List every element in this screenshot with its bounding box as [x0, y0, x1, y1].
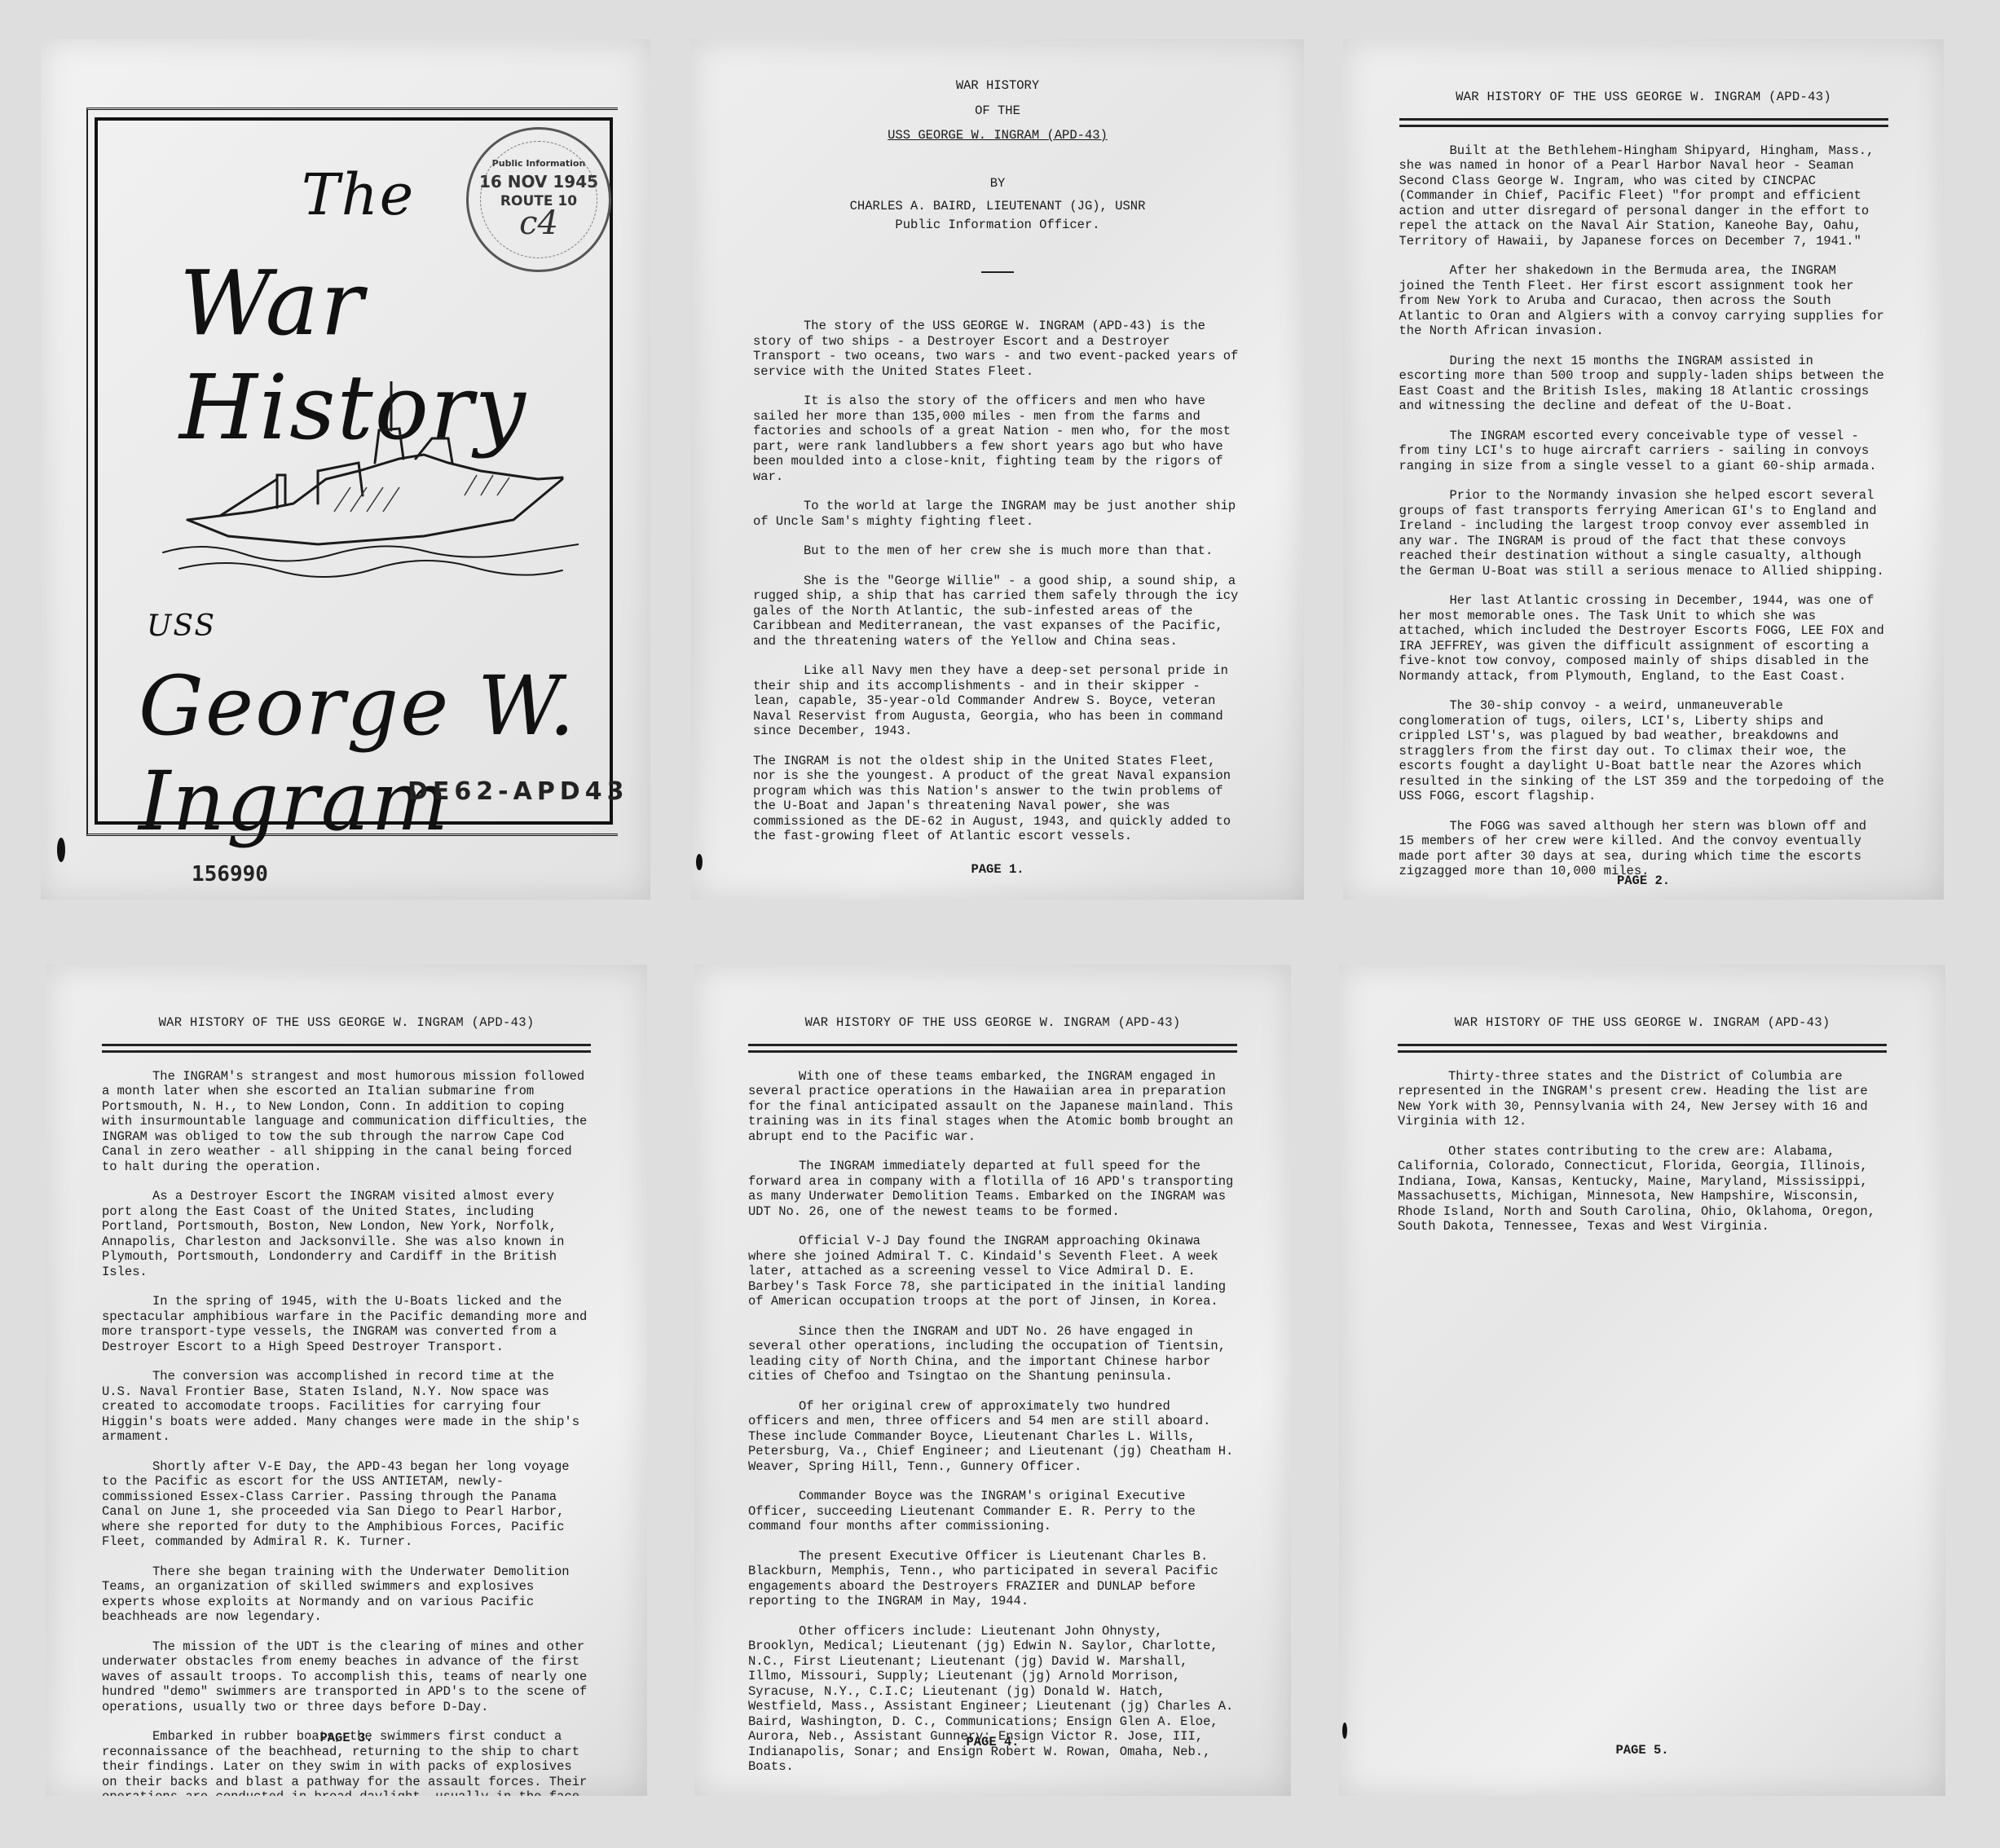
page-4: WAR HISTORY OF THE USS GEORGE W. INGRAM …	[694, 965, 1291, 1796]
binding-hole	[696, 854, 703, 870]
title-line-3: USS GEORGE W. INGRAM (APD-43)	[691, 128, 1304, 143]
running-header: WAR HISTORY OF THE USS GEORGE W. INGRAM …	[1339, 1015, 1945, 1031]
paragraph: The present Executive Officer is Lieuten…	[748, 1549, 1237, 1609]
title-line-2: OF THE	[691, 103, 1304, 119]
paragraph: As a Destroyer Escort the INGRAM visited…	[102, 1189, 591, 1279]
ship-sketch-icon	[155, 381, 579, 585]
paragraph: The conversion was accomplished in recor…	[102, 1369, 591, 1445]
stamp-handwritten-mark: c4	[519, 205, 558, 242]
cover-page: The War History USS George W. Ingram DE6…	[41, 39, 650, 900]
paragraph: Her last Atlantic crossing in December, …	[1399, 593, 1888, 684]
page-number: PAGE 2.	[1343, 873, 1944, 889]
title-line-1: WAR HISTORY	[691, 78, 1304, 94]
paragraph: Prior to the Normandy invasion she helpe…	[1399, 488, 1888, 579]
byline-label: BY	[691, 176, 1304, 191]
paragraph: It is also the story of the officers and…	[753, 394, 1242, 484]
stamp-route: ROUTE 10	[500, 193, 577, 209]
header-rule	[1399, 118, 1888, 127]
paragraph: She is the "George Willie" - a good ship…	[753, 574, 1242, 649]
header-rule	[102, 1044, 591, 1053]
page-number: PAGE 5.	[1339, 1743, 1945, 1758]
author-role: Public Information Officer.	[691, 218, 1304, 233]
header-rule	[748, 1044, 1237, 1053]
running-header: WAR HISTORY OF THE USS GEORGE W. INGRAM …	[694, 1015, 1291, 1031]
separator-dash	[981, 271, 1014, 273]
page-1: WAR HISTORY OF THE USS GEORGE W. INGRAM …	[691, 39, 1304, 900]
paragraph: Of her original crew of approximately tw…	[748, 1399, 1237, 1475]
page-number: PAGE 1.	[691, 862, 1304, 878]
paragraph: Like all Navy men they have a deep-set p…	[753, 663, 1242, 739]
paragraph: After her shakedown in the Bermuda area,…	[1399, 263, 1888, 339]
page-4-body: With one of these teams embarked, the IN…	[748, 1069, 1237, 1775]
paragraph: Other states contributing to the crew ar…	[1398, 1144, 1887, 1234]
page-5-body: Thirty-three states and the District of …	[1398, 1069, 1887, 1234]
received-stamp: Public Information 16 NOV 1945 ROUTE 10 …	[466, 127, 611, 272]
binding-hole	[57, 838, 65, 862]
paragraph: Since then the INGRAM and UDT No. 26 hav…	[748, 1324, 1237, 1384]
page-2-body: Built at the Bethlehem-Hingham Shipyard,…	[1399, 143, 1888, 879]
paragraph: Commander Boyce was the INGRAM's origina…	[748, 1489, 1237, 1534]
paragraph: In the spring of 1945, with the U-Boats …	[102, 1294, 591, 1354]
paragraph: Thirty-three states and the District of …	[1398, 1069, 1887, 1129]
page-3-body: The INGRAM's strangest and most humorous…	[102, 1069, 591, 1797]
paragraph: The INGRAM immediately departed at full …	[748, 1159, 1237, 1219]
paragraph: The story of the USS GEORGE W. INGRAM (A…	[753, 319, 1242, 379]
page-2: WAR HISTORY OF THE USS GEORGE W. INGRAM …	[1343, 39, 1944, 900]
paragraph: Shortly after V-E Day, the APD-43 began …	[102, 1459, 591, 1550]
paragraph: Built at the Bethlehem-Hingham Shipyard,…	[1399, 143, 1888, 249]
stamp-date: 16 NOV 1945	[479, 172, 598, 191]
paragraph: The FOGG was saved although her stern wa…	[1399, 819, 1888, 879]
paragraph: The INGRAM's strangest and most humorous…	[102, 1069, 591, 1175]
paragraph: The INGRAM escorted every conceivable ty…	[1399, 429, 1888, 474]
paragraph: The INGRAM is not the oldest ship in the…	[753, 754, 1242, 844]
cover-hull-numbers: DE62-APD43	[407, 777, 628, 806]
page-5: WAR HISTORY OF THE USS GEORGE W. INGRAM …	[1339, 965, 1945, 1796]
binding-hole	[1342, 1723, 1347, 1739]
page-number: PAGE 3.	[46, 1731, 647, 1746]
stamp-office: Public Information	[492, 158, 586, 169]
page-3: WAR HISTORY OF THE USS GEORGE W. INGRAM …	[46, 965, 647, 1796]
catalog-number: 156990	[192, 862, 268, 887]
author-name: CHARLES A. BAIRD, LIEUTENANT (JG), USNR	[691, 199, 1304, 214]
paragraph: During the next 15 months the INGRAM ass…	[1399, 354, 1888, 414]
cover-ship-name: George W. Ingram	[139, 658, 650, 849]
paragraph: To the world at large the INGRAM may be …	[753, 499, 1242, 529]
cover-ship-prefix: USS	[147, 609, 216, 643]
running-header: WAR HISTORY OF THE USS GEORGE W. INGRAM …	[1343, 90, 1944, 105]
page-1-body: The story of the USS GEORGE W. INGRAM (A…	[753, 319, 1242, 844]
page-number: PAGE 4.	[694, 1735, 1291, 1750]
paragraph: Other officers include: Lieutenant John …	[748, 1624, 1237, 1775]
paragraph: The mission of the UDT is the clearing o…	[102, 1639, 591, 1715]
paragraph: With one of these teams embarked, the IN…	[748, 1069, 1237, 1145]
paragraph: But to the men of her crew she is much m…	[753, 543, 1242, 559]
paragraph: There she began training with the Underw…	[102, 1564, 591, 1625]
running-header: WAR HISTORY OF THE USS GEORGE W. INGRAM …	[46, 1015, 647, 1031]
header-rule	[1398, 1044, 1887, 1053]
paragraph: The 30-ship convoy - a weird, unmaneuver…	[1399, 698, 1888, 804]
cover-title-the: The	[302, 161, 415, 228]
paragraph: Official V-J Day found the INGRAM approa…	[748, 1234, 1237, 1309]
